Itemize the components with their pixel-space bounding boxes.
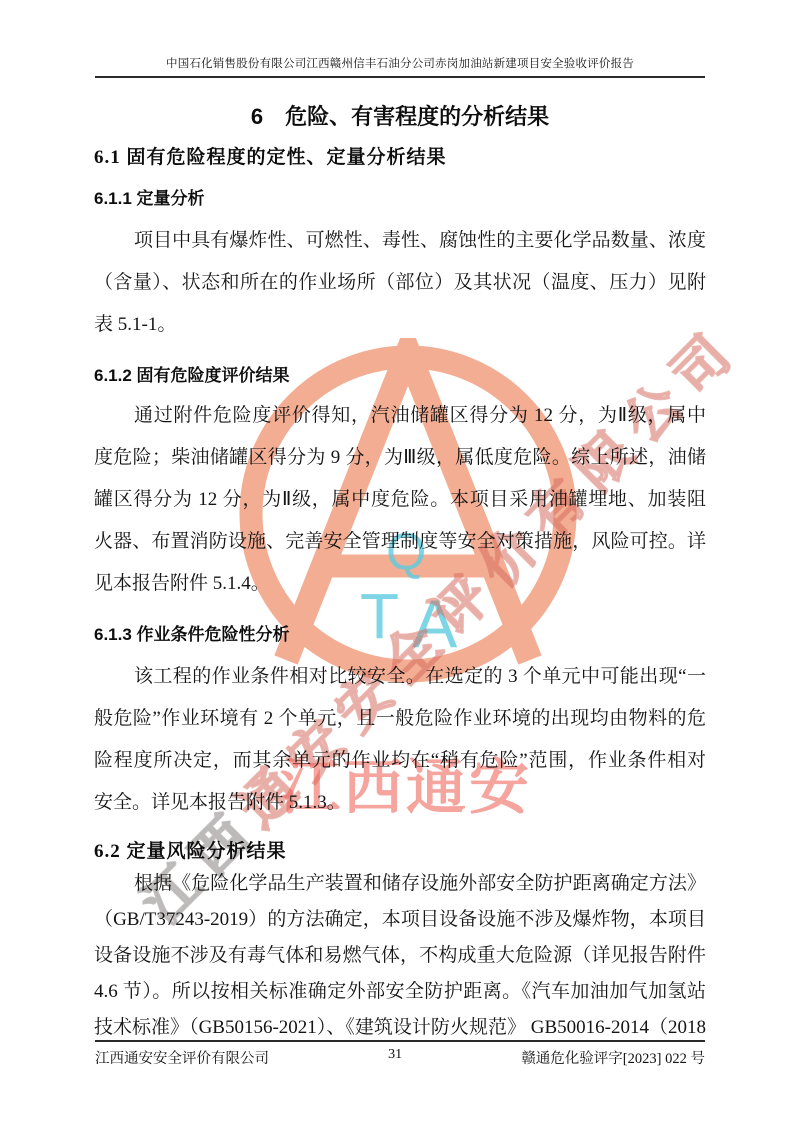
text-line: 安全。详见本报告附件 5.1.3。: [94, 782, 706, 824]
text-line: 设备设施不涉及有毒气体和易燃气体，不构成重大危险源（详见报告附件: [94, 938, 706, 974]
text-line: （GB/T37243-2019）的方法确定，本项目设备设施不涉及爆炸物，本项目: [94, 902, 706, 938]
text-line: 通过附件危险度评价得知，汽油储罐区得分为 12 分，为Ⅱ级，属中: [94, 395, 706, 437]
page-footer: 江西通安安全评价有限公司 31 赣通危化验评字[2023] 022 号: [95, 1040, 705, 1068]
section-6-1-heading: 6.1 固有危险程度的定性、定量分析结果: [94, 146, 706, 169]
footer-company: 江西通安安全评价有限公司: [95, 1047, 269, 1068]
page-number: 31: [388, 1047, 402, 1063]
section-6-1-3-heading: 6.1.3 作业条件危险性分析: [94, 624, 706, 645]
text-line: 险程度所决定，而其余单元的作业均在“稍有危险”范围，作业条件相对: [94, 740, 706, 782]
header-title: 中国石化销售股份有限公司江西赣州信丰石油分公司赤岗加油站新建项目安全验收评价报告: [166, 58, 634, 70]
text-line: 般危险”作业环境有 2 个单元，且一般危险作业环境的出现均由物料的危: [94, 698, 706, 740]
text-line: 表 5.1-1。: [94, 304, 706, 346]
section-6-2-heading: 6.2 定量风险分析结果: [94, 840, 706, 863]
text-line: 度危险；柴油储罐区得分为 9 分，为Ⅲ级，属低度危险。综上所述，油储: [94, 437, 706, 479]
text-line: 该工程的作业条件相对比较安全。在选定的 3 个单元中可能出现“一: [94, 656, 706, 698]
text-line: 罐区得分为 12 分，为Ⅱ级，属中度危险。本项目采用油罐埋地、加装阻: [94, 479, 706, 521]
paragraph-6-1-2: 通过附件危险度评价得知，汽油储罐区得分为 12 分，为Ⅱ级，属中 度危险；柴油储…: [94, 395, 706, 605]
text-line: 见本报告附件 5.1.4。: [94, 563, 706, 605]
paragraph-6-1-1: 项目中具有爆炸性、可燃性、毒性、腐蚀性的主要化学品数量、浓度 （含量）、状态和所…: [94, 220, 706, 346]
footer-doc-number: 赣通危化验评字[2023] 022 号: [521, 1047, 705, 1068]
document-page: Q T A 江西通安安全评价有限公司 江西通安 中国石化销售股份有限公司江西赣州…: [0, 0, 800, 1131]
page-content: 中国石化销售股份有限公司江西赣州信丰石油分公司赤岗加油站新建项目安全验收评价报告…: [0, 0, 800, 1131]
chapter-title: 6 危险、有害程度的分析结果: [94, 103, 706, 130]
text-line: （含量）、状态和所在的作业场所（部位）及其状况（温度、压力）见附: [94, 262, 706, 304]
document-body: 6 危险、有害程度的分析结果 6.1 固有危险程度的定性、定量分析结果 6.1.…: [94, 79, 706, 1046]
section-6-1-1-heading: 6.1.1 定量分析: [94, 188, 706, 209]
paragraph-6-1-3: 该工程的作业条件相对比较安全。在选定的 3 个单元中可能出现“一 般危险”作业环…: [94, 656, 706, 824]
text-line: 根据《危险化学品生产装置和储存设施外部安全防护距离确定方法》: [94, 866, 706, 902]
section-6-1-2-heading: 6.1.2 固有危险度评价结果: [94, 365, 706, 386]
text-line: 项目中具有爆炸性、可燃性、毒性、腐蚀性的主要化学品数量、浓度: [94, 220, 706, 262]
paragraph-6-2: 根据《危险化学品生产装置和储存设施外部安全防护距离确定方法》 （GB/T3724…: [94, 866, 706, 1046]
text-line: 火器、布置消防设施、完善安全管理制度等安全对策措施，风险可控。详: [94, 521, 706, 563]
page-header: 中国石化销售股份有限公司江西赣州信丰石油分公司赤岗加油站新建项目安全验收评价报告: [95, 0, 705, 78]
text-line: 4.6 节）。所以按相关标准确定外部安全防护距离。《汽车加油加气加氢站: [94, 974, 706, 1010]
